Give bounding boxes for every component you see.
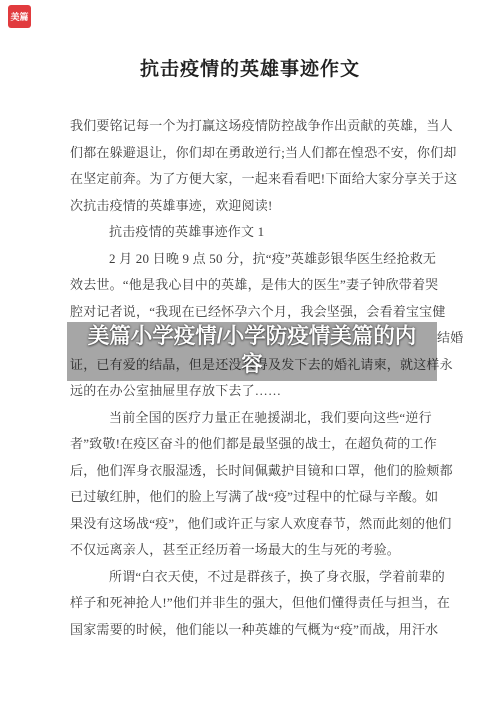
body-line: 效去世。“他是我心目中的英雄，是伟大的医生”妻子钟欣带着哭 bbox=[70, 272, 472, 299]
body-line: 国家需要的时候，他们能以一种英雄的气概为“疫”而战，用汗水 bbox=[70, 617, 472, 644]
body-line: 2 月 20 日晚 9 点 50 分，抗“疫”英雄彭银华医生经抢救无 bbox=[70, 246, 472, 273]
body-line: 不仅远离亲人，甚至正经历着一场最大的生与死的考验。 bbox=[70, 537, 472, 564]
body-line: 们都在躲避退让，你们却在勇敢逆行;当人们都在惶恐不安，你们却 bbox=[70, 140, 472, 167]
body-line: 在坚定前奔。为了方便大家，一起来看看吧!下面给大家分享关于这 bbox=[70, 166, 472, 193]
body-line: 后，他们浑身衣服湿透，长时间佩戴护目镜和口罩，他们的脸颊都 bbox=[70, 458, 472, 485]
body-line: 当前全国的医疗力量正在驰援湖北，我们要向这些“逆行 bbox=[70, 405, 472, 432]
body-line: 者”致敬!在疫区奋斗的他们都是最坚强的战士，在超负荷的工作 bbox=[70, 431, 472, 458]
watermark-text-line1: 美篇小学疫情/小学防疫情美篇的内 bbox=[88, 322, 416, 350]
document-page: 美篇 抗击疫情的英雄事迹作文 我们要铭记每一个为打赢这场疫情防控战争作出贡献的英… bbox=[0, 0, 500, 706]
body-line: 我们要铭记每一个为打赢这场疫情防控战争作出贡献的英雄，当人 bbox=[70, 113, 472, 140]
body-line: 已过敏红肿，他们的脸上写满了战“疫”过程中的忙碌与辛酸。如 bbox=[70, 484, 472, 511]
body-line: 样子和死神抢人!”他们并非生的强大，但他们懂得责任与担当，在 bbox=[70, 590, 472, 617]
body-line: 次抗击疫情的英雄事迹，欢迎阅读! bbox=[70, 193, 472, 220]
body-line: 所谓“白衣天使，不过是群孩子，换了身衣服，学着前辈的 bbox=[70, 564, 472, 591]
watermark-text: 美篇小学疫情/小学防疫情美篇的内 容 bbox=[88, 322, 416, 378]
meipian-badge-icon[interactable]: 美篇 bbox=[8, 5, 31, 28]
body-line: 果没有这场战“疫”，他们或许正与家人欢度春节，然而此刻的他们 bbox=[70, 511, 472, 538]
body-line: 远的在办公室抽屉里存放下去了…… bbox=[70, 378, 472, 405]
essay-title: 抗击疫情的英雄事迹作文 bbox=[0, 54, 500, 81]
watermark-overlay: 美篇小学疫情/小学防疫情美篇的内 容 bbox=[67, 322, 437, 381]
section-subtitle: 抗击疫情的英雄事迹作文 1 bbox=[70, 219, 472, 246]
watermark-text-line2: 容 bbox=[88, 350, 416, 378]
